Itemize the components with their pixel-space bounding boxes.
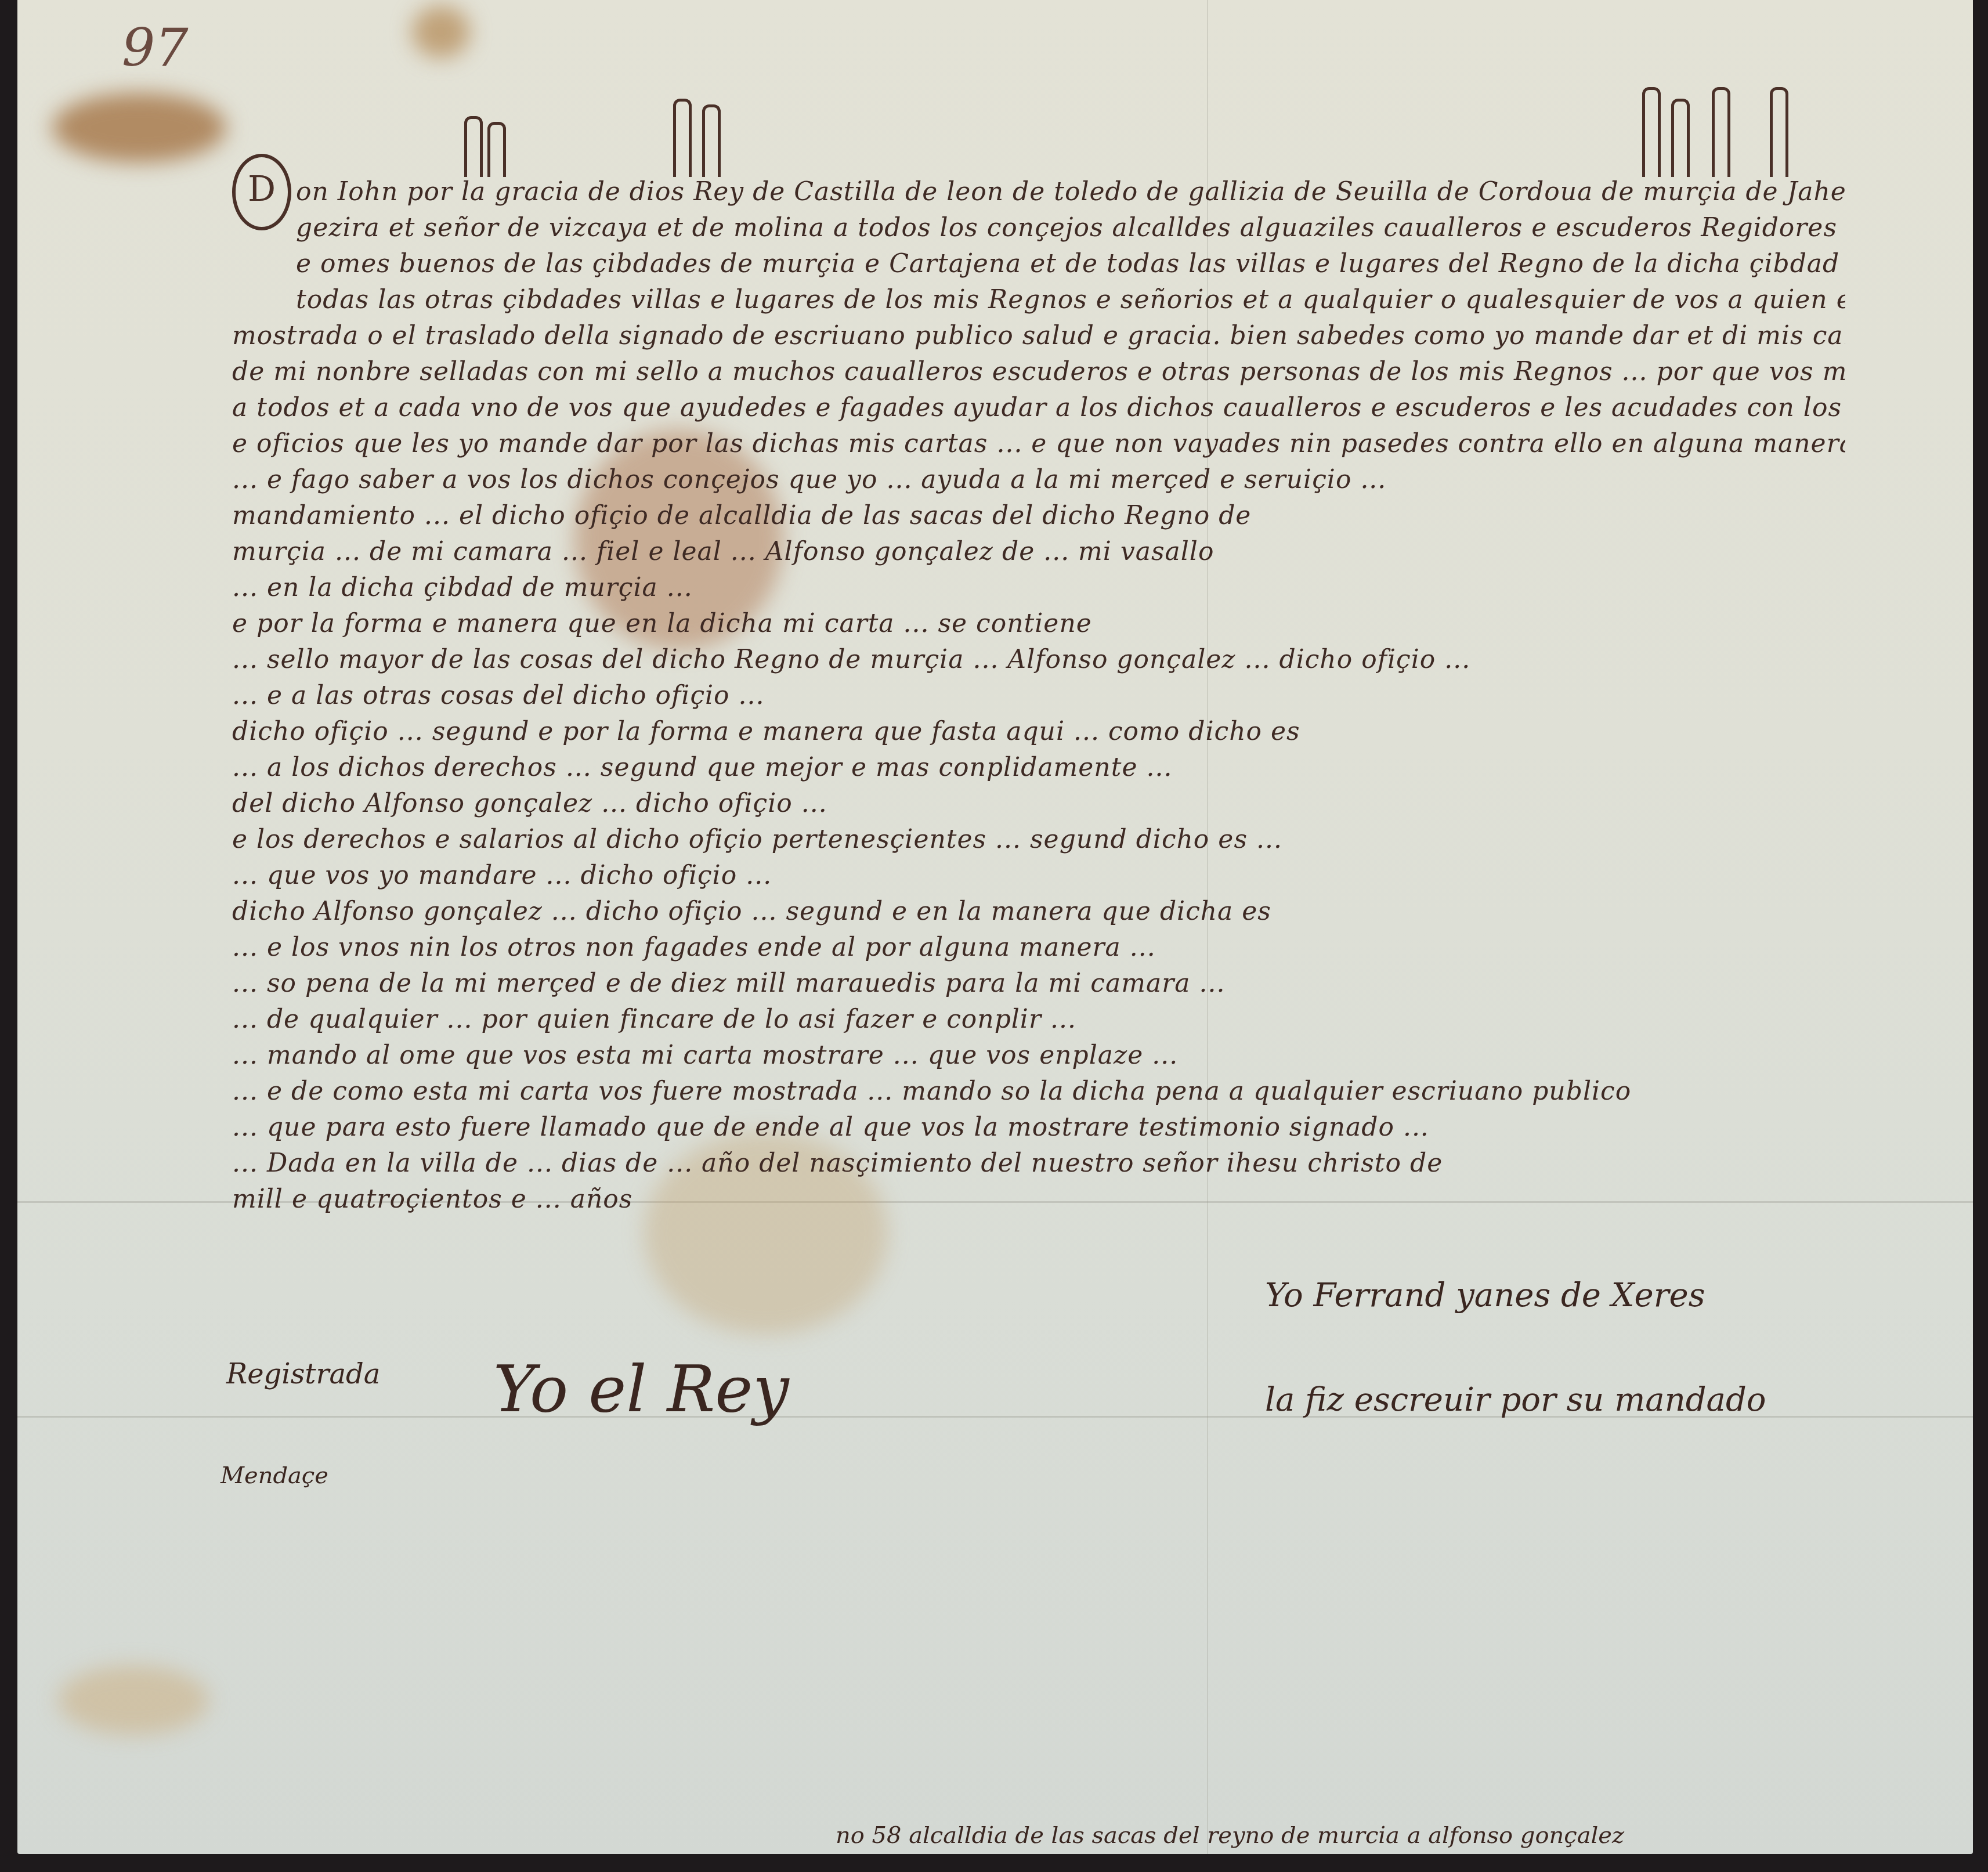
text-line: del dicho Alfonso gonçalez ... dicho ofi… — [232, 789, 1845, 818]
text-line: ... a los dichos derechos ... segund que… — [232, 753, 1845, 782]
manuscript-sheet: 97 D on Iohn por la gracia de dios Rey d… — [17, 0, 1973, 1854]
stain — [412, 6, 470, 58]
text-line: dicho Alfonso gonçalez ... dicho ofiçio … — [232, 897, 1845, 926]
text-line: ... e los vnos nin los otros non fagades… — [232, 933, 1845, 962]
ascender-stroke — [464, 116, 483, 177]
text-line: a todos et a cada vno de vos que ayudede… — [232, 393, 1845, 422]
text-line: mandamiento ... el dicho ofiçio de alcal… — [232, 501, 1845, 530]
text-line: e oficios que les yo mande dar por las d… — [232, 429, 1845, 458]
ink-stain — [52, 93, 226, 162]
text-line: ... so pena de la mi merçed e de diez mi… — [232, 968, 1845, 998]
text-line: ... de qualquier ... por quien fincare d… — [232, 1004, 1845, 1034]
secretary-signature: Yo Ferrand yanes de Xeres — [1265, 1277, 1705, 1314]
text-line: e los derechos e salarios al dicho ofiçi… — [232, 825, 1845, 854]
scan-edge — [0, 1854, 1988, 1872]
text-line: ... e fago saber a vos los dichos conçej… — [232, 465, 1845, 494]
text-line: e por la forma e manera que en la dicha … — [232, 609, 1845, 638]
text-line: e omes buenos de las çibdades de murçia … — [296, 249, 1845, 279]
text-line: mill e quatroçientos e ... años — [232, 1184, 1845, 1214]
text-line: dicho ofiçio ... segund e por la forma e… — [232, 717, 1845, 746]
ascender-stroke — [673, 99, 692, 177]
ascender-stroke — [1642, 87, 1661, 177]
text-line: gezira et señor de vizcaya et de molina … — [296, 213, 1845, 243]
royal-signature: Yo el Rey — [493, 1352, 789, 1426]
ascender-stroke — [1770, 87, 1788, 177]
text-line: ... mando al ome que vos esta mi carta m… — [232, 1040, 1845, 1070]
folio-number: 97 — [122, 17, 189, 78]
text-line: ... e a las otras cosas del dicho ofiçio… — [232, 681, 1845, 710]
registration-note: Mendaçe — [221, 1462, 328, 1489]
text-line: murçia ... de mi camara ... fiel e leal … — [232, 537, 1845, 566]
stain — [58, 1665, 209, 1735]
text-line: ... sello mayor de las cosas del dicho R… — [232, 645, 1845, 674]
text-line: ... en la dicha çibdad de murçia ... — [232, 573, 1845, 602]
ascender-stroke — [1712, 87, 1730, 177]
decorated-initial: D — [232, 154, 291, 230]
text-line: ... que vos yo mandare ... dicho ofiçio … — [232, 861, 1845, 890]
archival-note: no 58 alcalldia de las sacas del reyno d… — [836, 1822, 1624, 1849]
text-line: on Iohn por la gracia de dios Rey de Cas… — [296, 177, 1845, 207]
text-line: ... que para esto fuere llamado que de e… — [232, 1112, 1845, 1142]
secretary-signature: la fiz escreuir por su mandado — [1265, 1381, 1766, 1419]
text-line: mostrada o el traslado della signado de … — [232, 321, 1845, 350]
registration-note: Registrada — [226, 1358, 380, 1390]
text-line: todas las otras çibdades villas e lugare… — [296, 285, 1845, 315]
ascender-stroke — [487, 122, 506, 177]
ascender-stroke — [1671, 99, 1690, 177]
text-line: ... e de como esta mi carta vos fuere mo… — [232, 1076, 1845, 1106]
text-line: de mi nonbre selladas con mi sello a muc… — [232, 357, 1845, 386]
ascender-stroke — [702, 104, 721, 177]
text-line: ... Dada en la villa de ... dias de ... … — [232, 1148, 1845, 1178]
